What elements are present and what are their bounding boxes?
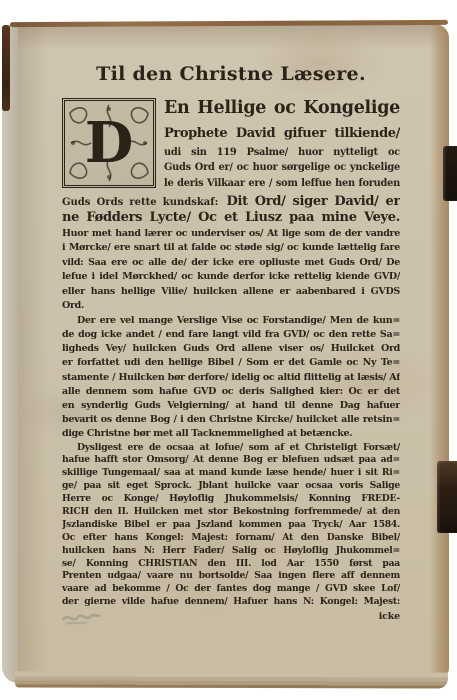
drop-cap-initial: D <box>62 98 156 188</box>
text-line: stamente / Huilcken bør derfore/ idelig … <box>62 371 400 385</box>
catchword: icke <box>62 611 400 622</box>
text-line: Der ere vel mange Verslige Vise oc Forst… <box>62 314 400 328</box>
body-paragraph: Dysligest ere de ocsaa at lofue/ som af … <box>62 442 400 610</box>
text-line: skillige Tungemaal/ saa at mand kunde læ… <box>62 467 400 480</box>
text-line: Huor met hand lærer oc underviser os/ At… <box>62 227 400 242</box>
text-line: alle dennem som hafue GVD oc deris Salig… <box>62 385 400 399</box>
text-line: i Mørcke/ ere snart til at falde oc stød… <box>62 241 400 256</box>
text-line: huilcken hans N: Herr Fader/ Salig oc Hø… <box>62 545 400 558</box>
text-line: Guds Ord er/ oc huor sørgelige oc ynckel… <box>164 160 400 175</box>
text-line: Prenten udgaa/ vaare nu bortsolde/ Saa i… <box>62 570 400 583</box>
text-line: Prophete David gifuer tilkiende/ <box>164 122 400 145</box>
text-line: eller hans hellige Vilie/ huilcken allen… <box>62 285 400 300</box>
text-line: Oc efter hans Kongel: Majest: fornam/ At… <box>62 532 400 545</box>
book-clasp-upper <box>443 146 457 201</box>
text-line: Herre oc Konge/ Høyloflig Jhukommelsis/ … <box>62 493 400 506</box>
book-clasp-lower <box>437 461 457 533</box>
text-line: hafue hafft stor Omsorg/ At denne Bog er… <box>62 454 400 467</box>
drop-cap-letter: D <box>65 101 153 185</box>
page-fore-edge <box>430 24 449 674</box>
faded-ink-stamp <box>60 608 102 628</box>
text-line: lefue i idel Mørckhed/ oc kunde derfor i… <box>62 270 400 285</box>
printed-text-block: Til den Christne Læsere. <box>62 58 400 622</box>
text-line: Guds Ords rette kundskaf: Dit Ord/ siger… <box>62 191 400 209</box>
text-line: der gierne vilde hafue dennem/ Hafuer ha… <box>62 596 400 609</box>
text-line: er forfattet udi den hellige Bibel / Som… <box>62 356 400 370</box>
text-line: Dysligest ere de ocsaa at lofue/ som af … <box>62 442 400 455</box>
text-line: ge/ paa sit eget Sprock. Jblant huilcke … <box>62 480 400 493</box>
text-line: ne Fødders Lycte/ Oc et Liusz paa mine V… <box>62 209 400 227</box>
text-line: En Hellige oc Kongelige <box>164 94 400 122</box>
text-line: vild: Saa ere oc alle de/ der icke ere o… <box>62 256 400 271</box>
text-line: dige Christne bør met all Tacknemmelighe… <box>62 427 400 441</box>
text-line: vaare ad bekomme / Oc der fantes dog man… <box>62 583 400 596</box>
text-line: bevarit os denne Bog / i den Christne Ki… <box>62 413 400 427</box>
opening-paragraph: D En Hellige oc Kongelige Prophete David… <box>62 94 400 227</box>
text-line: udi sin 119 Psalme/ huor nytteligt oc ga… <box>164 145 400 160</box>
text-line: Ord. <box>62 299 400 314</box>
text-line: de dog icke andet / end fare langt vild … <box>62 328 400 342</box>
book-page-photo: Til den Christne Læsere. <box>2 21 449 690</box>
body-paragraph: Der ere vel mange Verslige Vise oc Forst… <box>62 314 400 442</box>
text-line: Jszlandiske Bibel er paa Jszland kommen … <box>62 519 400 532</box>
lead-in-text: Guds Ords rette kundskaf: <box>62 197 218 208</box>
text-line: RICH den II. Huilcken met stor Bekostnin… <box>62 506 400 519</box>
page-heading: Til den Christne Læsere. <box>62 58 400 94</box>
text-line: ligheds Vey/ huilcken Guds Ord allene vi… <box>62 342 400 356</box>
body-paragraph: Huor met hand lærer oc underviser os/ At… <box>62 227 400 314</box>
page-bottom-edges <box>15 671 448 688</box>
text-line: en synderlig Guds Velgierning/ at hand t… <box>62 399 400 413</box>
text-line: se/ Konning CHRISTIAN den III. lod Aar 1… <box>62 558 400 571</box>
text-line: le deris Vilkaar ere / som leffue hen fo… <box>164 176 400 191</box>
book-spine <box>2 25 10 111</box>
